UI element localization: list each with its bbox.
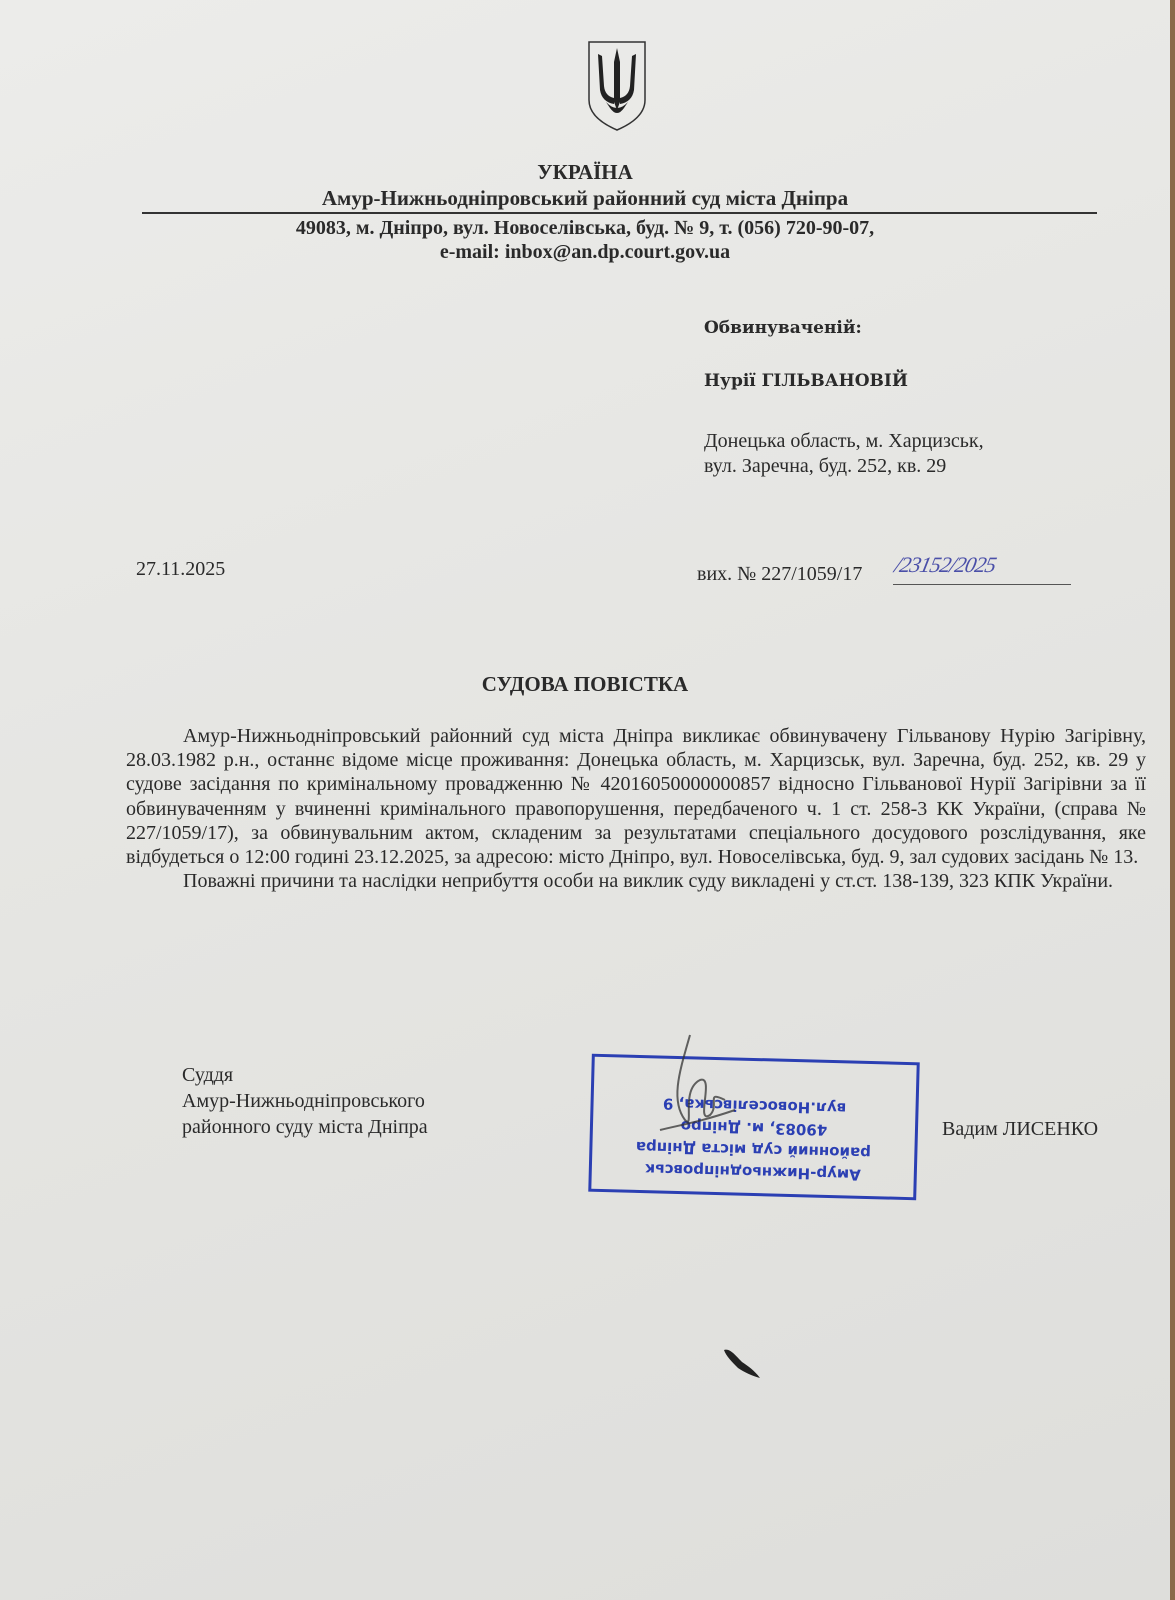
header-divider — [142, 212, 1097, 214]
summons-paragraph-2: Поважні причини та наслідки неприбуття о… — [126, 869, 1146, 893]
signature-block: Суддя Амур-Нижньодніпровського районного… — [182, 1062, 428, 1140]
country-heading: УКРАЇНА — [0, 160, 1170, 185]
signature-court-line2: районного суду міста Дніпра — [182, 1114, 428, 1140]
handwritten-signature-icon — [640, 1030, 750, 1150]
outgoing-number: вих. № 227/1059/17 — [697, 563, 862, 586]
court-stamp: Амур-Нижньодніпровськ районний суд міста… — [588, 1054, 920, 1201]
summons-paragraph-1: Амур-Нижньодніпровський районний суд міс… — [126, 724, 1146, 869]
document-title: СУДОВА ПОВІСТКА — [0, 672, 1170, 697]
summons-body: Амур-Нижньодніпровський районний суд міс… — [126, 724, 1146, 893]
document-page: УКРАЇНА Амур-Нижньодніпровський районний… — [0, 0, 1170, 1600]
court-address: 49083, м. Дніпро, вул. Новоселівська, бу… — [0, 217, 1170, 240]
court-name: Амур-Нижньодніпровський районний суд міс… — [0, 186, 1170, 211]
judge-name: Вадим ЛИСЕНКО — [942, 1118, 1098, 1141]
handwritten-registration-number: /23152/2025 — [892, 552, 998, 578]
recipient-label: Обвинуваченій: — [704, 318, 862, 338]
signature-role: Суддя — [182, 1062, 428, 1088]
ink-mark-icon — [722, 1348, 762, 1380]
court-email: e-mail: inbox@an.dp.court.gov.ua — [0, 241, 1170, 264]
trident-coat-of-arms-icon — [586, 40, 648, 132]
recipient-address-line2: вул. Заречна, буд. 252, кв. 29 — [704, 455, 946, 478]
signature-court-line1: Амур-Нижньодніпровського — [182, 1088, 428, 1114]
recipient-name: Нурії ГІЛЬВАНОВІЙ — [704, 371, 908, 391]
document-date: 27.11.2025 — [136, 558, 225, 581]
number-underline — [893, 584, 1071, 585]
recipient-address-line1: Донецька область, м. Харцизськ, — [704, 430, 984, 453]
